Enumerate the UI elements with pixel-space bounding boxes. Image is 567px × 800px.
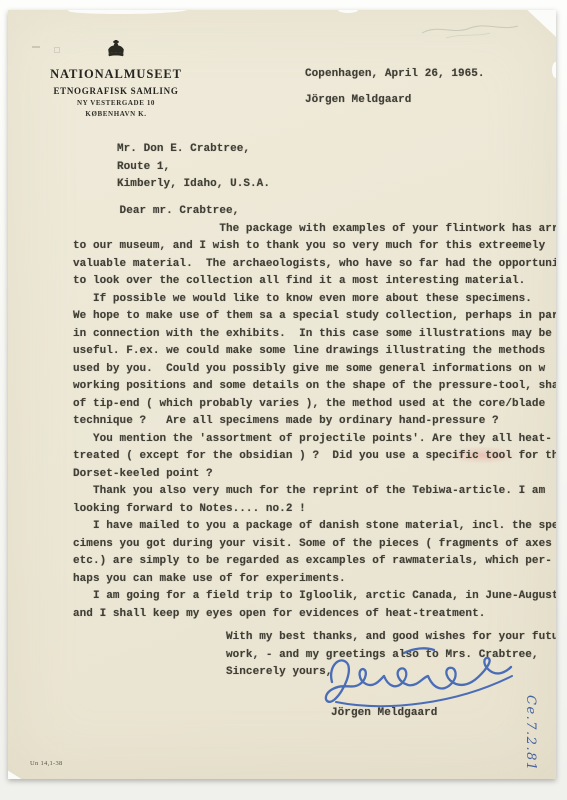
museum-address-line1: NY VESTERGADE 10	[38, 99, 194, 107]
typed-signature-name: Jörgen Meldgaard	[331, 707, 437, 719]
scanned-letter: NATIONALMUSEET ETNOGRAFISK SAMLING NY VE…	[0, 0, 567, 800]
letterhead: NATIONALMUSEET ETNOGRAFISK SAMLING NY VE…	[38, 40, 194, 118]
museum-name: NATIONALMUSEET	[38, 67, 194, 82]
paper-tear	[552, 62, 556, 78]
archive-number: Ce.7.2.81	[523, 695, 538, 772]
pencil-scribble	[416, 18, 526, 42]
recipient-address-line: Mr. Don E. Crabtree,	[117, 141, 270, 159]
letter-paragraph: I have mailed to you a package of danish…	[73, 518, 556, 588]
letter-paragraph: Thank you also very much for the reprint…	[73, 483, 556, 518]
letter-paragraph: The package with examples of your flintw…	[73, 221, 556, 291]
paper-tear	[68, 10, 188, 15]
recipient-address-line: Kimberly, Idaho, U.S.A.	[117, 176, 270, 194]
paper-tear	[338, 10, 358, 13]
letter-paragraph: If possible we would like to know even m…	[73, 291, 556, 431]
letter-paper: NATIONALMUSEET ETNOGRAFISK SAMLING NY VE…	[8, 10, 556, 779]
letter-paragraph: You mention the 'assortment of projectil…	[73, 431, 556, 484]
sender-name: Jörgen Meldgaard	[305, 94, 411, 106]
recipient-address: Mr. Don E. Crabtree,Route 1,Kimberly, Id…	[117, 141, 270, 194]
form-number: Un 14,1-38	[30, 760, 63, 767]
museum-address-line2: KØBENHAVN K.	[38, 110, 194, 118]
letter-paragraph: I am going for a field trip to Igloolik,…	[73, 588, 556, 623]
letter-body: Dear mr. Crabtree, The package with exam…	[73, 203, 556, 682]
letter-paragraph: Dear mr. Crabtree,	[73, 203, 556, 221]
recipient-address-line: Route 1,	[117, 159, 270, 177]
date-line: Copenhagen, April 26, 1965.	[305, 68, 485, 80]
museum-department: ETNOGRAFISK SAMLING	[38, 86, 194, 96]
crown-icon	[105, 40, 127, 57]
paper-tear	[8, 770, 23, 779]
